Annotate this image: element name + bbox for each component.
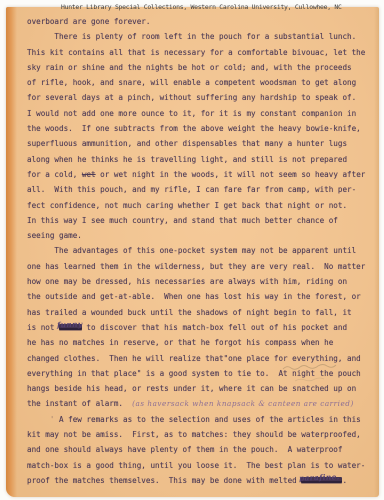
text-line: of rifle, hook, and snare, will enable a…	[27, 75, 365, 90]
blacked-out-word: funny	[59, 320, 82, 335]
text-line: is not funny to discover that his match-…	[27, 320, 365, 335]
text-line: all. With this pouch, and my rifle, I ca…	[27, 182, 365, 197]
typed-text: The advantages of this one-pocket system…	[27, 246, 356, 255]
typed-text: of rifle, hook, and snare, will enable a…	[27, 78, 356, 87]
text-line: I would not add one more ounce to it, fo…	[27, 106, 365, 121]
typed-text: superfluous ammunition, and other dispen…	[27, 139, 347, 148]
typed-text: overboard are gone forever.	[27, 17, 150, 26]
text-line: This kit contains all that is necessary …	[27, 45, 365, 60]
stray-mark: '	[50, 415, 55, 424]
typed-text: the instant of alarm.	[27, 399, 132, 408]
typed-text: how one may be dressed, his necessaries …	[27, 277, 347, 286]
typed-text: or wet night in the woods, it will not s…	[96, 170, 366, 179]
typed-text: the woods. If one subtracts from the abo…	[27, 124, 361, 133]
text-line: along when he thinks he is travelling li…	[27, 152, 365, 167]
archive-provenance-header: Hunter Library Special Collections, West…	[61, 3, 342, 12]
typed-text: the outside and get-at-able. When one ha…	[27, 292, 361, 301]
text-line: the outside and get-at-able. When one ha…	[27, 289, 365, 304]
text-line: the instant of alarm. (as haversack when…	[27, 396, 365, 411]
handwritten-correction: parafine.	[299, 472, 340, 482]
typed-text: changed clothes. Then he will realize th…	[27, 354, 361, 363]
text-line: proof the matches themselves. This may b…	[27, 473, 365, 488]
text-line: one has learned them in the wilderness, …	[27, 259, 365, 274]
typed-text: fect confidence, not much caring whether…	[27, 201, 347, 210]
typed-text: has trailed a wounded buck until the sha…	[27, 308, 352, 317]
text-line: match-box is a good thing, until you loo…	[27, 458, 365, 473]
text-line: The advantages of this one-pocket system…	[27, 243, 365, 258]
handwritten-annotation: (as haversack when knapsack & canteen ar…	[132, 399, 354, 408]
blacked-out-word: parafine.	[301, 473, 342, 488]
text-line: overboard are gone forever.	[27, 14, 365, 29]
typed-text: I would not add one more ounce to it, fo…	[27, 109, 356, 118]
typed-text: is not	[27, 323, 59, 332]
typed-text: to discover that his match-box fell out …	[82, 323, 347, 332]
text-line: the woods. If one subtracts from the abo…	[27, 121, 365, 136]
text-line: for a cold, wet or wet night in the wood…	[27, 167, 365, 182]
text-line: kit may not be amiss. First, as to match…	[27, 427, 365, 442]
struck-out-word: wet	[82, 170, 96, 179]
handwritten-correction: funny	[57, 320, 83, 330]
typed-text: sky rain or shine and the nights be hot …	[27, 63, 352, 72]
pencil-scribble-annotation	[281, 363, 347, 385]
typed-text: for a cold,	[27, 170, 82, 179]
typed-text: for several days at a pinch, without suf…	[27, 93, 356, 102]
typed-text: one has learned them in the wilderness, …	[27, 262, 365, 271]
typed-text: along when he thinks he is travelling li…	[27, 155, 347, 164]
text-line: superfluous ammunition, and other dispen…	[27, 136, 365, 151]
typed-text: There is plenty of room left in the pouc…	[27, 32, 356, 41]
scanned-document-screenshot: { "header": { "text": "Hunter Library Sp…	[0, 0, 384, 500]
text-line: how one may be dressed, his necessaries …	[27, 274, 365, 289]
typed-text	[27, 415, 50, 424]
typed-text: .	[342, 476, 347, 485]
typed-text: match-box is a good thing, until you loo…	[27, 461, 365, 470]
text-line: seeing game.	[27, 228, 365, 243]
typed-text: and one should always have plenty of the…	[27, 445, 342, 454]
typed-text: seeing game.	[27, 231, 82, 240]
text-line: There is plenty of room left in the pouc…	[27, 29, 365, 44]
text-line: ' A few remarks as to the selection and …	[27, 412, 365, 427]
text-line: for several days at a pinch, without suf…	[27, 90, 365, 105]
typed-text: hangs beside his head, or rests under it…	[27, 384, 356, 393]
typed-text: he has no matches in reserve, or that he…	[27, 338, 333, 347]
text-line: fect confidence, not much caring whether…	[27, 198, 365, 213]
text-line: he has no matches in reserve, or that he…	[27, 335, 365, 350]
text-line: In this way I see much country, and stan…	[27, 213, 365, 228]
text-line: and one should always have plenty of the…	[27, 442, 365, 457]
typewritten-text: overboard are gone forever. There is ple…	[27, 14, 365, 488]
typed-text: In this way I see much country, and stan…	[27, 216, 338, 225]
typed-text: all. With this pouch, and my rifle, I ca…	[27, 185, 356, 194]
typed-text: proof the matches themselves. This may b…	[27, 476, 301, 485]
typed-text: This kit contains all that is necessary …	[27, 48, 365, 57]
typed-text: kit may not be amiss. First, as to match…	[27, 430, 361, 439]
text-line: has trailed a wounded buck until the sha…	[27, 305, 365, 320]
typed-text: A few remarks as to the selection and us…	[54, 415, 360, 424]
text-line: sky rain or shine and the nights be hot …	[27, 60, 365, 75]
